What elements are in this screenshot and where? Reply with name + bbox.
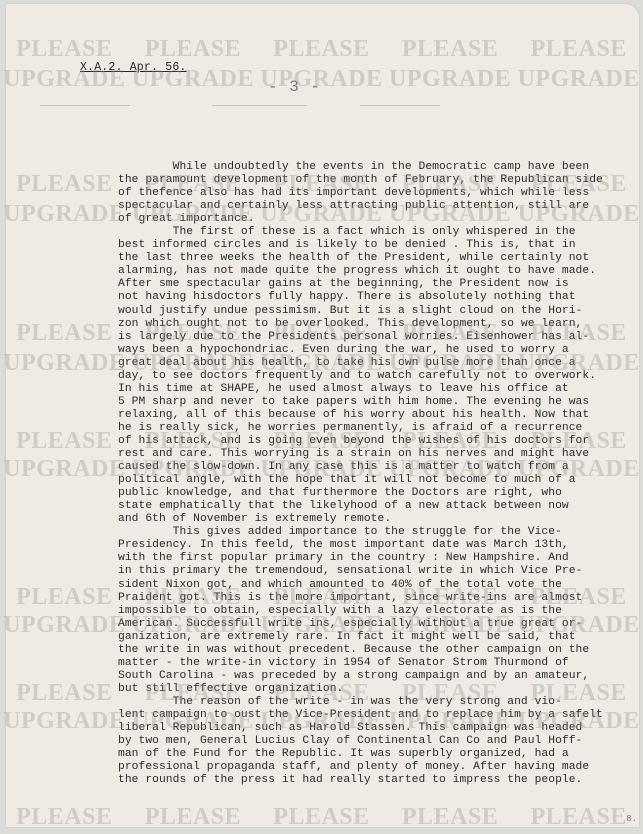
text-line: The reason of the write - in was the ver… bbox=[118, 696, 638, 709]
text-line: day, to see doctors frequently and to wa… bbox=[118, 370, 638, 383]
text-line: relaxing, all of this because of his wor… bbox=[118, 409, 638, 422]
text-line: matter - the write-in victory in 1954 of… bbox=[118, 657, 638, 670]
text-line: the paramount development of the month o… bbox=[118, 174, 638, 187]
text-line: would justify undue pessimism. But it is… bbox=[118, 305, 638, 318]
text-line: the rounds of the press it had really st… bbox=[118, 774, 638, 787]
text-line: of his attack, and is going even beyond … bbox=[118, 435, 638, 448]
text-line: sident Nixon got, and which amounted to … bbox=[118, 579, 638, 592]
text-line: ways been a hypochondriac. Even during t… bbox=[118, 344, 638, 357]
corner-mark: 8. bbox=[626, 814, 637, 824]
text-line: of thefence also has had its important d… bbox=[118, 187, 638, 200]
text-line: with the first popular primary in the co… bbox=[118, 552, 638, 565]
text-line: best informed circles and is likely to b… bbox=[118, 239, 638, 252]
text-line: but still effective organization. bbox=[118, 683, 638, 696]
text-line: impossible to obtain, especially with a … bbox=[118, 605, 638, 618]
text-line: While undoubtedly the events in the Demo… bbox=[118, 161, 638, 174]
text-line: the last three weeks the health of the P… bbox=[118, 252, 638, 265]
text-line: rest and care. This worrying is a strain… bbox=[118, 448, 638, 461]
text-line: man of the Fund for the Republic. It was… bbox=[118, 748, 638, 761]
text-line: political angle, with the hope that it w… bbox=[118, 474, 638, 487]
text-line: In his time at SHAPE, he used almost alw… bbox=[118, 383, 638, 396]
text-line: professional propaganda staff, and plent… bbox=[118, 761, 638, 774]
text-line: zon which ought not to be overlooked. Th… bbox=[118, 318, 638, 331]
text-line: 5 PM sharp and never to take papers with… bbox=[118, 396, 638, 409]
divider-right bbox=[360, 105, 440, 106]
document-reference: X.A.2. Apr. 56. bbox=[80, 61, 187, 74]
text-line: ganization, are extremely rare. In fact … bbox=[118, 631, 638, 644]
text-line: alarming, has not made quite the progres… bbox=[118, 265, 638, 278]
text-line: caused the slow-down. In any case this i… bbox=[118, 461, 638, 474]
text-line: Praident got. This is the more important… bbox=[118, 592, 638, 605]
divider-center bbox=[212, 105, 307, 106]
text-line: of great importance. bbox=[118, 213, 638, 226]
text-line: liberal Republican, such as Harold Stass… bbox=[118, 722, 638, 735]
text-line: not having hisdoctors fully happy. There… bbox=[118, 291, 638, 304]
text-line: This gives added importance to the strug… bbox=[118, 526, 638, 539]
text-line: state emphatically that the likelyhood o… bbox=[118, 500, 638, 513]
divider-left bbox=[40, 105, 130, 106]
text-line: American. Successfull write ins, especia… bbox=[118, 618, 638, 631]
text-line: great deal about his health, to take his… bbox=[118, 357, 638, 370]
text-line: is largely due to the Presidents persona… bbox=[118, 331, 638, 344]
text-line: spectacular and certainly less attractin… bbox=[118, 200, 638, 213]
text-line: South Carolina - was preceded by a stron… bbox=[118, 670, 638, 683]
text-line: the write in was without precedent. Beca… bbox=[118, 644, 638, 657]
text-line: After sme spectacular gains at the begin… bbox=[118, 278, 638, 291]
document-body: While undoubtedly the events in the Demo… bbox=[118, 161, 638, 787]
text-line: in this primary the tremendoud, sensatio… bbox=[118, 565, 638, 578]
text-line: lent campaign to oust the Vice-President… bbox=[118, 709, 638, 722]
text-line: he is really sick, he worries permanentl… bbox=[118, 422, 638, 435]
page-number: - 3 - bbox=[268, 78, 321, 96]
text-line: public knowledge, and that furthermore t… bbox=[118, 487, 638, 500]
text-line: by two men, General Lucius Clay of Conti… bbox=[118, 735, 638, 748]
text-line: and 6th of November is extremely remote. bbox=[118, 513, 638, 526]
text-line: Presidency. In this feeld, the most impo… bbox=[118, 539, 638, 552]
text-line: The first of these is a fact which is on… bbox=[118, 226, 638, 239]
